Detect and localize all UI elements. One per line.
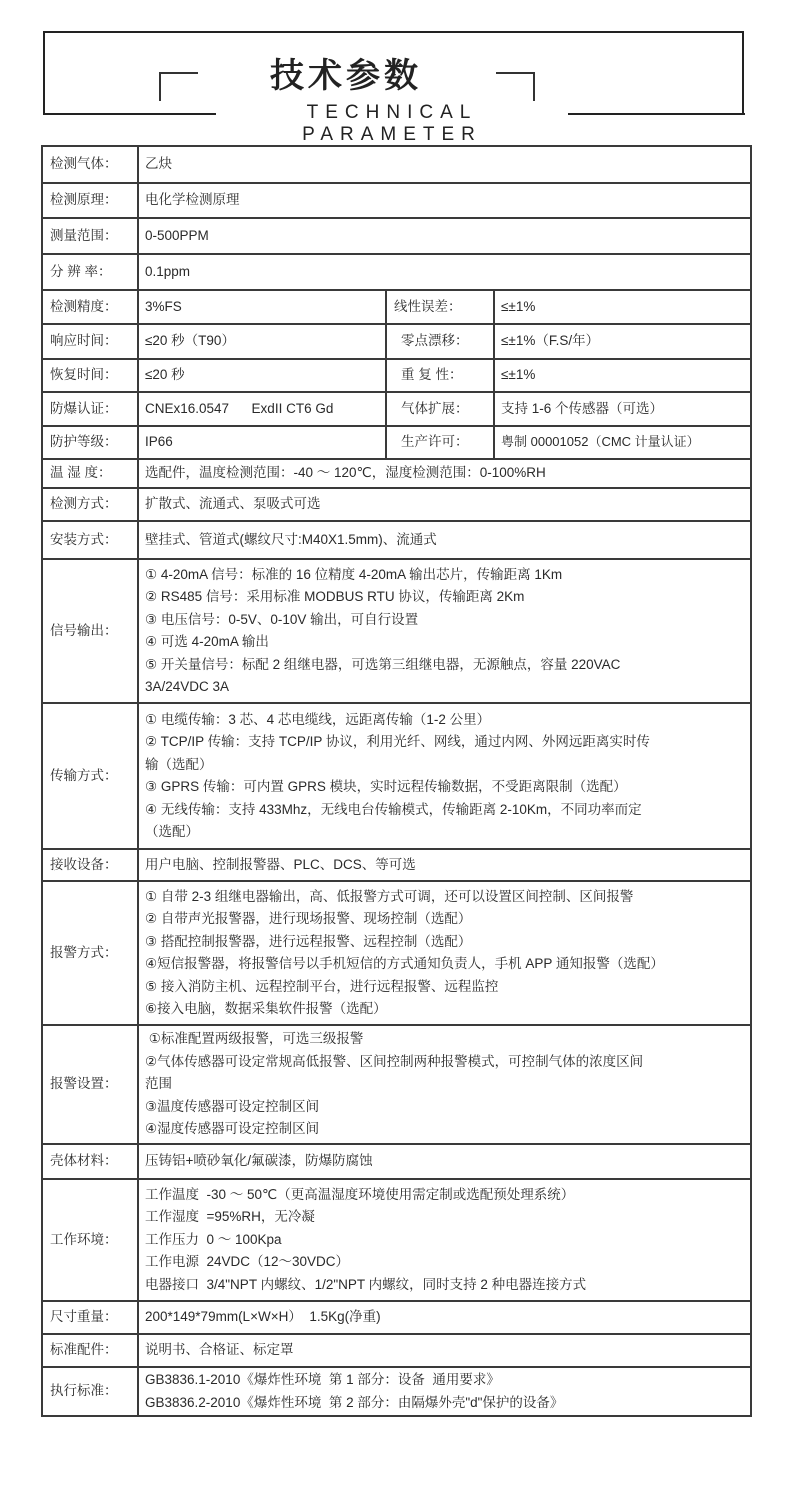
table-row-detect-mode: 检测方式： 扩散式、流通式、泵吸式可选 — [42, 488, 751, 521]
row-value: 3%FS — [138, 290, 386, 324]
list-item: ① 4-20mA 信号：标准的 16 位精度 4-20mA 输出芯片，传输距离 … — [145, 564, 750, 587]
header-bracket-right — [496, 72, 535, 101]
row-label-2: 气体扩展： — [386, 392, 494, 426]
row-value: 扩散式、流通式、泵吸式可选 — [138, 488, 751, 521]
row-value: 乙炔 — [138, 146, 751, 183]
table-row-alarm-setting: 报警设置： ①标准配置两级报警，可选三级报警 ②气体传感器可设定常规高低报警、区… — [42, 1025, 751, 1144]
list-item: ②气体传感器可设定常规高低报警、区间控制两种报警模式，可控制气体的浓度区间 — [145, 1051, 750, 1074]
list-item: 电器接口 3/4"NPT 内螺纹、1/2"NPT 内螺纹，同时支持 2 种电器连… — [145, 1274, 750, 1297]
row-value: 选配件，温度检测范围：-40 ～ 120℃，湿度检测范围：0-100%RH — [138, 459, 751, 488]
row-value: 0-500PPM — [138, 218, 751, 254]
list-item: ①标准配置两级报警，可选三级报警 — [145, 1028, 750, 1051]
row-label-2: 生产许可： — [386, 426, 494, 459]
list-item: ② TCP/IP 传输：支持 TCP/IP 协议，利用光纤、网线，通过内网、外网… — [145, 731, 750, 754]
row-value-list: 工作温度 -30 ～ 50℃（更高温湿度环境使用需定制或选配预处理系统） 工作湿… — [138, 1179, 751, 1301]
list-item: ③ GPRS 传输：可内置 GPRS 模块，实时远程传输数据，不受距离限制（选配… — [145, 776, 750, 799]
table-row-resolution: 分 辨 率： 0.1ppm — [42, 254, 751, 290]
row-label: 检测方式： — [42, 488, 138, 521]
table-row-accessories: 标准配件： 说明书、合格证、标定罩 — [42, 1334, 751, 1367]
row-label: 报警方式： — [42, 881, 138, 1025]
list-item: ① 自带 2-3 组继电器输出，高、低报警方式可调，还可以设置区间控制、区间报警 — [145, 886, 750, 909]
row-label: 检测原理： — [42, 183, 138, 218]
list-item: ④ 无线传输：支持 433Mhz，无线电台传输模式，传输距离 2-10Km，不同… — [145, 799, 750, 822]
table-row-recovery: 恢复时间： ≤20 秒 重 复 性： ≤±1% — [42, 359, 751, 392]
row-label: 接收设备： — [42, 849, 138, 881]
list-item: GB3836.2-2010《爆炸性环境 第 2 部分：由隔爆外壳"d"保护的设备… — [145, 1392, 750, 1415]
list-item: 输（选配） — [145, 754, 750, 777]
table-row-humidity: 温 湿 度： 选配件，温度检测范围：-40 ～ 120℃，湿度检测范围：0-10… — [42, 459, 751, 488]
list-item: ② RS485 信号：采用标准 MODBUS RTU 协议，传输距离 2Km — [145, 586, 750, 609]
list-item: ⑥接入电脑，数据采集软件报警（选配） — [145, 998, 750, 1021]
table-row-transmission: 传输方式： ① 电缆传输：3 芯、4 芯电缆线，远距离传输（1-2 公里） ② … — [42, 703, 751, 849]
table-row-housing: 壳体材料： 压铸铝+喷砂氧化/氟碳漆，防爆防腐蚀 — [42, 1144, 751, 1179]
row-label: 工作环境： — [42, 1179, 138, 1301]
table-row-environment: 工作环境： 工作温度 -30 ～ 50℃（更高温湿度环境使用需定制或选配预处理系… — [42, 1179, 751, 1301]
row-label-2: 线性误差： — [386, 290, 494, 324]
list-item: ④湿度传感器可设定控制区间 — [145, 1118, 750, 1141]
table-row-protection: 防护等级： IP66 生产许可： 粤制 00001052（CMC 计量认证） — [42, 426, 751, 459]
row-value-2: ≤±1%（F.S/年） — [494, 324, 751, 359]
row-value-list: ① 电缆传输：3 芯、4 芯电缆线，远距离传输（1-2 公里） ② TCP/IP… — [138, 703, 751, 849]
row-value-2: ≤±1% — [494, 359, 751, 392]
list-item: 工作温度 -30 ～ 50℃（更高温湿度环境使用需定制或选配预处理系统） — [145, 1184, 750, 1207]
row-label: 报警设置： — [42, 1025, 138, 1144]
row-label: 传输方式： — [42, 703, 138, 849]
row-value-list: ① 4-20mA 信号：标准的 16 位精度 4-20mA 输出芯片，传输距离 … — [138, 559, 751, 703]
row-label: 检测气体： — [42, 146, 138, 183]
row-label: 安装方式： — [42, 521, 138, 559]
row-label: 测量范围： — [42, 218, 138, 254]
row-label: 响应时间： — [42, 324, 138, 359]
list-item: ③温度传感器可设定控制区间 — [145, 1096, 750, 1119]
table-row-size: 尺寸重量： 200*149*79mm(L×W×H） 1.5Kg(净重) — [42, 1301, 751, 1334]
list-item: ③ 搭配控制报警器，进行远程报警、远程控制（选配） — [145, 931, 750, 954]
row-label: 分 辨 率： — [42, 254, 138, 290]
list-item: ③ 电压信号：0-5V、0-10V 输出，可自行设置 — [145, 609, 750, 632]
row-value-2: 支持 1-6 个传感器（可选） — [494, 392, 751, 426]
row-label: 壳体材料： — [42, 1144, 138, 1179]
list-item: 工作压力 0 ～ 100Kpa — [145, 1229, 750, 1252]
list-item: 工作电源 24VDC（12～30VDC） — [145, 1251, 750, 1274]
row-label-2: 重 复 性： — [386, 359, 494, 392]
list-item: GB3836.1-2010《爆炸性环境 第 1 部分：设备 通用要求》 — [145, 1369, 750, 1392]
row-value: 200*149*79mm(L×W×H） 1.5Kg(净重) — [138, 1301, 751, 1334]
row-value-2: ≤±1% — [494, 290, 751, 324]
row-label: 标准配件： — [42, 1334, 138, 1367]
list-item: 工作湿度 =95%RH，无冷凝 — [145, 1206, 750, 1229]
row-label: 执行标准： — [42, 1367, 138, 1416]
row-label: 检测精度： — [42, 290, 138, 324]
list-item: ④ 可选 4-20mA 输出 — [145, 631, 750, 654]
row-value-list: ①标准配置两级报警，可选三级报警 ②气体传感器可设定常规高低报警、区间控制两种报… — [138, 1025, 751, 1144]
list-item: 3A/24VDC 3A — [145, 676, 750, 699]
row-value: CNEx16.0547 ExdII CT6 Gd — [138, 392, 386, 426]
table-row-receiver: 接收设备： 用户电脑、控制报警器、PLC、DCS、等可选 — [42, 849, 751, 881]
row-value: 压铸铝+喷砂氧化/氟碳漆，防爆防腐蚀 — [138, 1144, 751, 1179]
spec-table: 检测气体： 乙炔 检测原理： 电化学检测原理 测量范围： 0-500PPM 分 … — [41, 145, 752, 1417]
row-value-list: ① 自带 2-3 组继电器输出，高、低报警方式可调，还可以设置区间控制、区间报警… — [138, 881, 751, 1025]
row-value: ≤20 秒（T90） — [138, 324, 386, 359]
row-label: 防爆认证： — [42, 392, 138, 426]
table-row-explosion: 防爆认证： CNEx16.0547 ExdII CT6 Gd 气体扩展： 支持 … — [42, 392, 751, 426]
list-item: （选配） — [145, 821, 750, 844]
table-row-install: 安装方式： 壁挂式、管道式(螺纹尺寸:M40X1.5mm)、流通式 — [42, 521, 751, 559]
table-row-standards: 执行标准： GB3836.1-2010《爆炸性环境 第 1 部分：设备 通用要求… — [42, 1367, 751, 1416]
row-label: 尺寸重量： — [42, 1301, 138, 1334]
list-item: ① 电缆传输：3 芯、4 芯电缆线，远距离传输（1-2 公里） — [145, 709, 750, 732]
table-row-range: 测量范围： 0-500PPM — [42, 218, 751, 254]
table-row-alarm-mode: 报警方式： ① 自带 2-3 组继电器输出，高、低报警方式可调，还可以设置区间控… — [42, 881, 751, 1025]
table-row-principle: 检测原理： 电化学检测原理 — [42, 183, 751, 218]
table-row-gas: 检测气体： 乙炔 — [42, 146, 751, 183]
list-item: ② 自带声光报警器，进行现场报警、现场控制（选配） — [145, 908, 750, 931]
row-value: IP66 — [138, 426, 386, 459]
header-rule-left — [43, 113, 216, 115]
row-label: 温 湿 度： — [42, 459, 138, 488]
header-bracket-left — [159, 72, 198, 101]
list-item: 范围 — [145, 1073, 750, 1096]
table-row-accuracy: 检测精度： 3%FS 线性误差： ≤±1% — [42, 290, 751, 324]
row-value: ≤20 秒 — [138, 359, 386, 392]
row-label: 防护等级： — [42, 426, 138, 459]
row-value: 电化学检测原理 — [138, 183, 751, 218]
row-label-2: 零点漂移： — [386, 324, 494, 359]
page-title: 技术参数 — [200, 48, 492, 97]
row-value: 0.1ppm — [138, 254, 751, 290]
row-value: 壁挂式、管道式(螺纹尺寸:M40X1.5mm)、流通式 — [138, 521, 751, 559]
page-subtitle: TECHNICAL PARAMETER — [216, 102, 568, 146]
table-row-signal: 信号输出： ① 4-20mA 信号：标准的 16 位精度 4-20mA 输出芯片… — [42, 559, 751, 703]
list-item: ④短信报警器，将报警信号以手机短信的方式通知负责人，手机 APP 通知报警（选配… — [145, 953, 750, 976]
row-value: 说明书、合格证、标定罩 — [138, 1334, 751, 1367]
row-value-list: GB3836.1-2010《爆炸性环境 第 1 部分：设备 通用要求》 GB38… — [138, 1367, 751, 1416]
list-item: ⑤ 接入消防主机、远程控制平台，进行远程报警、远程监控 — [145, 976, 750, 999]
table-row-response: 响应时间： ≤20 秒（T90） 零点漂移： ≤±1%（F.S/年） — [42, 324, 751, 359]
list-item: ⑤ 开关量信号：标配 2 组继电器，可选第三组继电器，无源触点，容量 220VA… — [145, 654, 750, 677]
row-value-2: 粤制 00001052（CMC 计量认证） — [494, 426, 751, 459]
row-label: 恢复时间： — [42, 359, 138, 392]
header-rule-right — [568, 113, 745, 115]
row-label: 信号输出： — [42, 559, 138, 703]
row-value: 用户电脑、控制报警器、PLC、DCS、等可选 — [138, 849, 751, 881]
